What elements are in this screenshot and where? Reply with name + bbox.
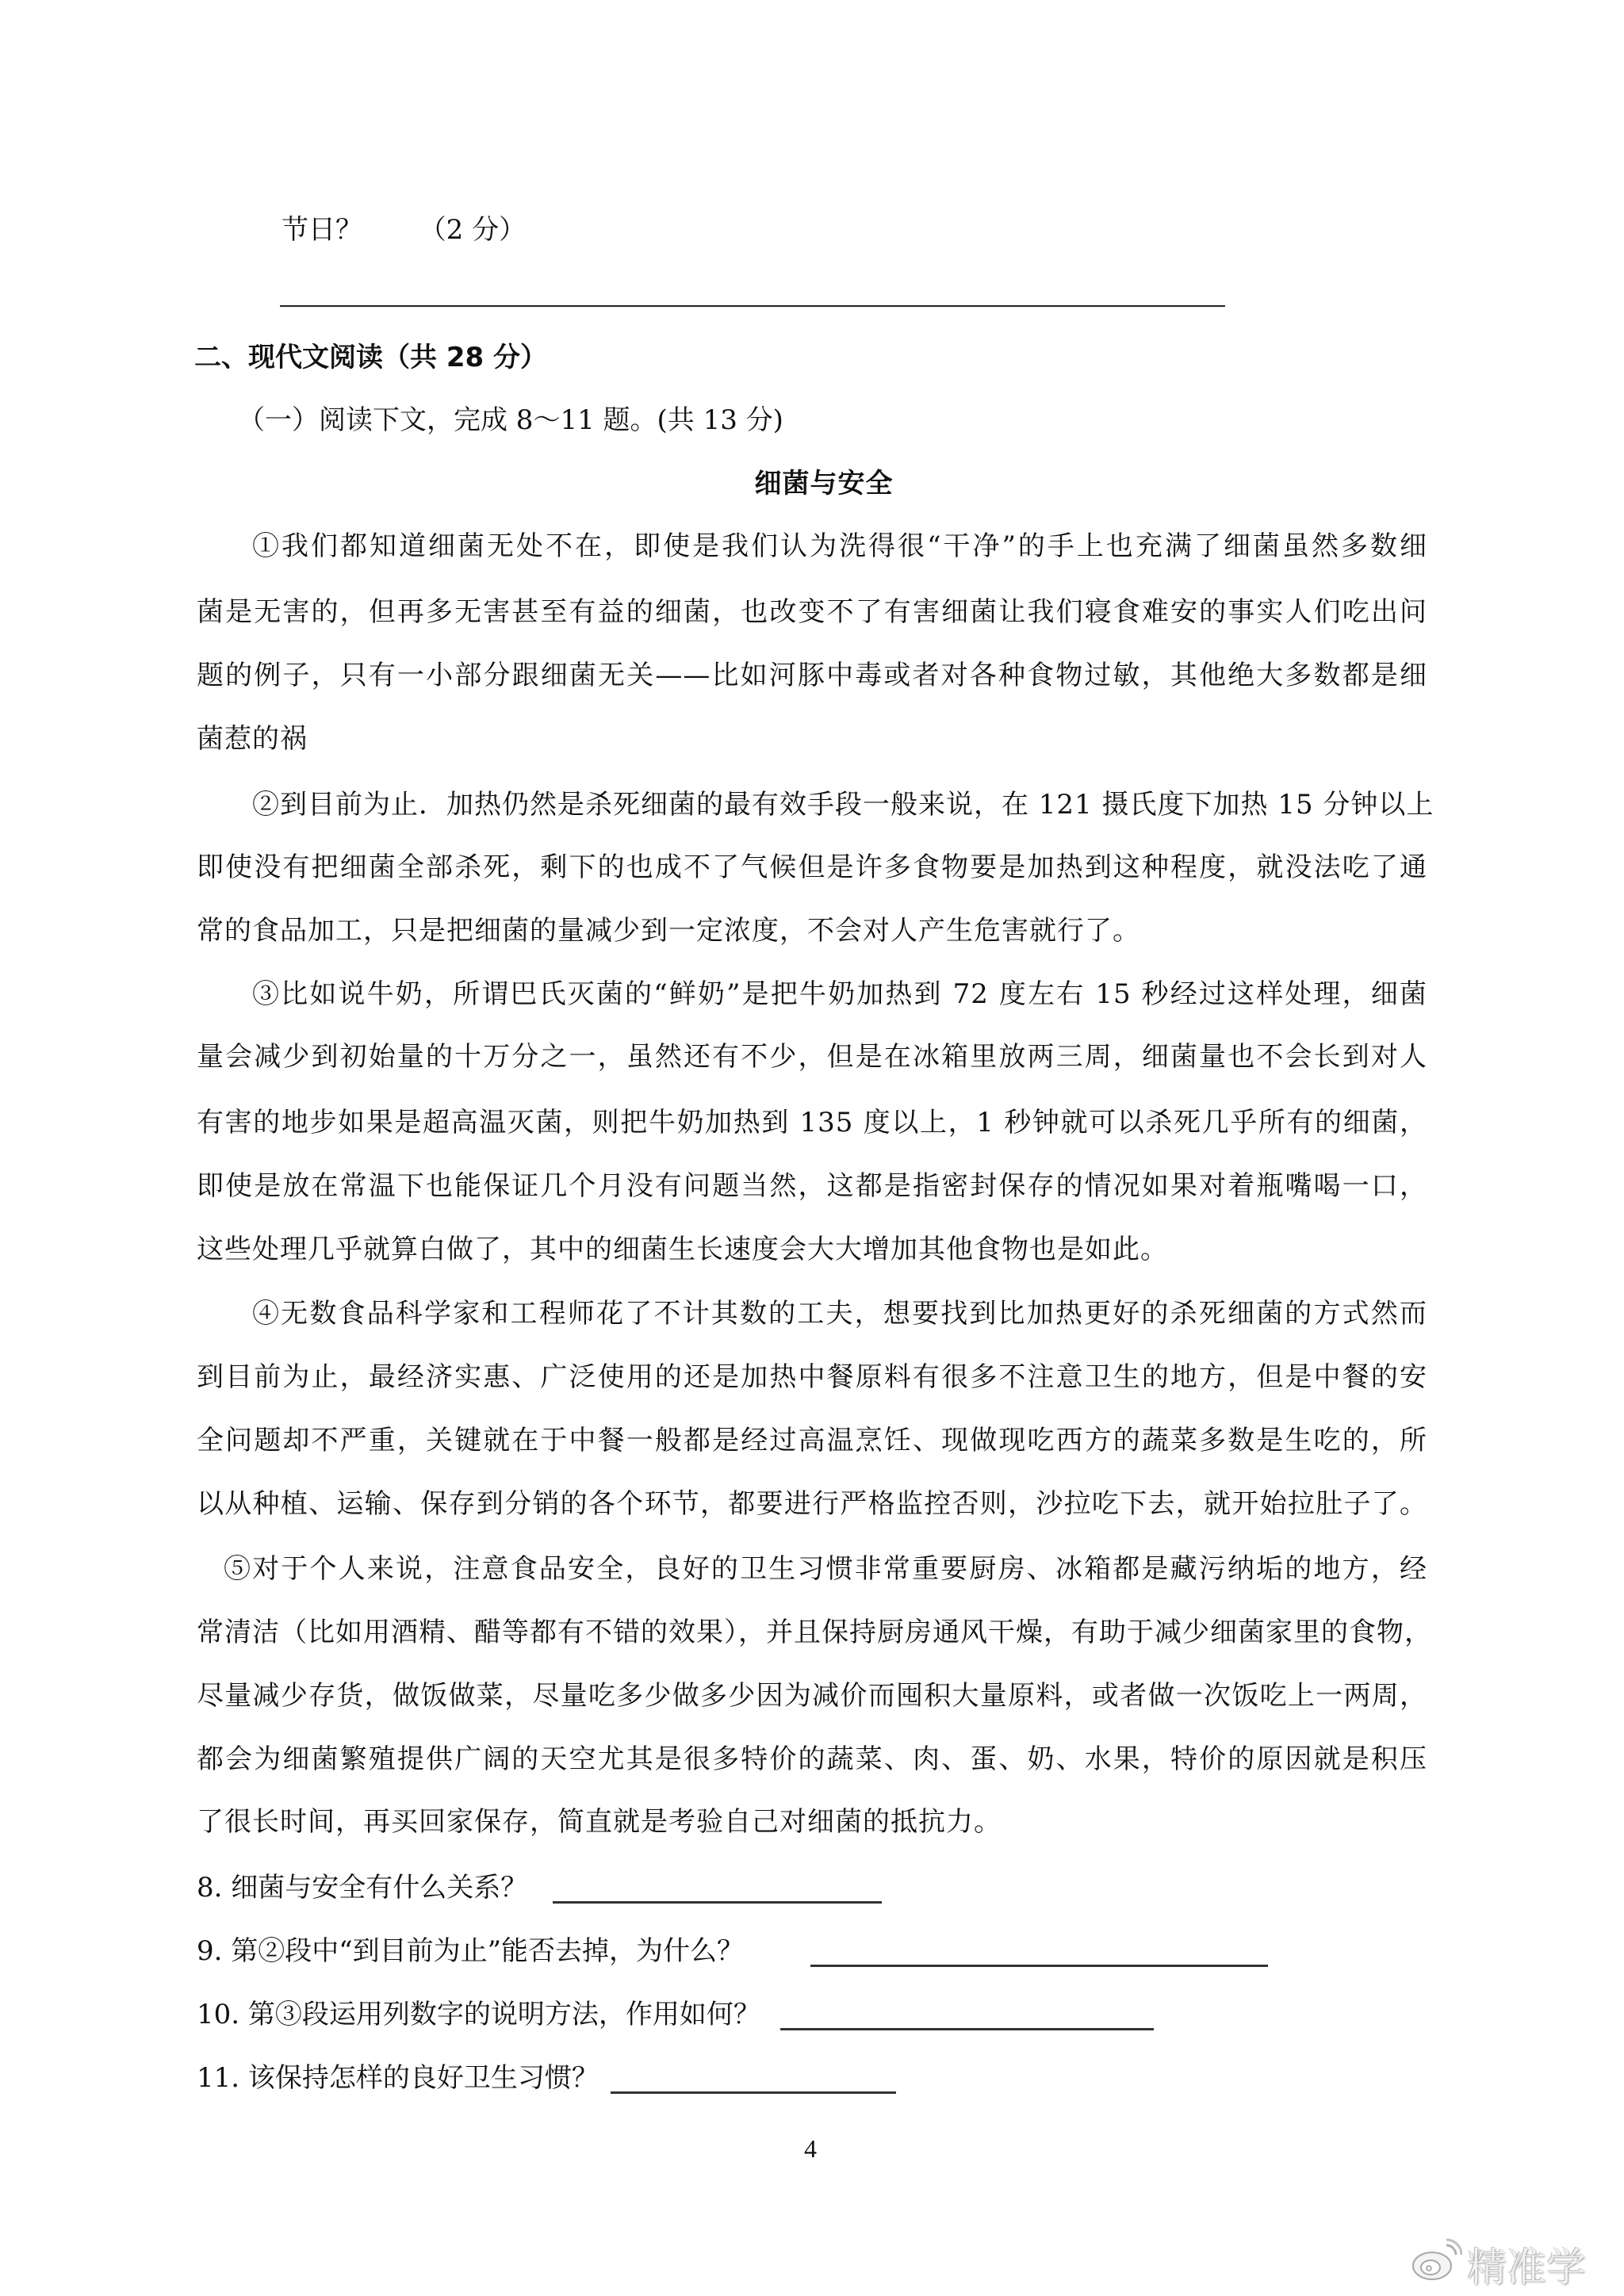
section-subheading: （一）阅读下文，完成 8～11 题。(共 13 分) <box>238 398 783 442</box>
section-heading: 二、现代文阅读（共 28 分） <box>194 335 547 380</box>
paragraph-3-line: 有害的地步如果是超高温灭菌，则把牛奶加热到 135 度以上，1 秒钟就可以杀死几… <box>197 1099 1427 1146</box>
question-8: 8. 细菌与安全有什么关系？ <box>197 1864 527 1911</box>
paragraph-1-line: 菌是无害的，但再多无害甚至有益的细菌，也改变不了有害细菌让我们寝食难安的事实人们… <box>197 588 1427 636</box>
paragraph-1-line: 菌惹的祸 <box>197 715 1427 763</box>
paragraph-5-line: 了很长时间，再买回家保存，简直就是考验自己对细菌的抵抗力。 <box>197 1798 1427 1846</box>
weibo-icon <box>1411 2237 1462 2291</box>
paragraph-4-line: 全问题却不严重，关键就在于中餐一般都是经过高温烹饪、现做现吃西方的蔬菜多数是生吃… <box>197 1417 1427 1464</box>
previous-question-score: （2 分） <box>419 214 526 246</box>
question-10: 10. 第③段运用列数字的说明方法，作用如何？ <box>197 1991 760 2038</box>
paragraph-5-line: 都会为细菌繁殖提供广阔的天空尤其是很多特价的蔬菜、肉、蛋、奶、水果，特价的原因就… <box>197 1735 1427 1783</box>
question-9: 9. 第②段中“到目前为止”能否去掉，为什么？ <box>197 1927 744 1975</box>
paragraph-4-line: 以从种植、运输、保存到分销的各个环节，都要进行严格监控否则，沙拉吃下去，就开始拉… <box>197 1480 1427 1528</box>
paragraph-2-line: 即使没有把细菌全部杀死，剩下的也成不了气候但是许多食物要是加热到这种程度，就没法… <box>197 844 1427 891</box>
answer-line-previous-question[interactable] <box>280 305 1225 307</box>
paragraph-3-line: 量会减少到初始量的十万分之一，虽然还有不少，但是在冰箱里放两三周，细菌量也不会长… <box>197 1033 1427 1081</box>
watermark: 精准学 <box>1411 2241 1586 2288</box>
paragraph-2-line: ②到目前为止．加热仍然是杀死细菌的最有效手段一般来说，在 121 摄氏度下加热 … <box>252 781 1427 828</box>
article-title: 细菌与安全 <box>0 461 1624 506</box>
previous-question-tail: 节日？ （2 分） <box>282 208 526 252</box>
paragraph-5-line: ⑤对于个人来说，注意食品安全，良好的卫生习惯非常重要厨房、冰箱都是藏污纳垢的地方… <box>224 1545 1427 1593</box>
paragraph-3-line: 即使是放在常温下也能保证几个月没有问题当然，这都是指密封保存的情况如果对着瓶嘴喝… <box>197 1162 1427 1210</box>
paragraph-5-line: 尽量减少存货，做饭做菜，尽量吃多少做多少因为减价而囤积大量原料，或者做一次饭吃上… <box>197 1672 1427 1720</box>
paragraph-3-line: 这些处理几乎就算白做了，其中的细菌生长速度会大大增加其他食物也是如此。 <box>197 1226 1427 1273</box>
question-9-answer-blank[interactable] <box>810 1965 1268 1967</box>
paragraph-1-line: ①我们都知道细菌无处不在，即使是我们认为洗得很“干净”的手上也充满了细菌虽然多数… <box>252 522 1427 570</box>
page-number: 4 <box>804 2133 817 2164</box>
paragraph-3-line: ③比如说牛奶，所谓巴氏灭菌的“鲜奶”是把牛奶加热到 72 度左右 15 秒经过这… <box>252 970 1427 1018</box>
previous-question-text: 节日？ <box>282 214 362 246</box>
paragraph-4-line: ④无数食品科学家和工程师花了不计其数的工夫，想要找到比加热更好的杀死细菌的方式然… <box>252 1290 1427 1337</box>
paragraph-2-line: 常的食品加工，只是把细菌的量减少到一定浓度，不会对人产生危害就行了。 <box>197 907 1427 955</box>
paragraph-4-line: 到目前为止，最经济实惠、广泛使用的还是加热中餐原料有很多不注意卫生的地方，但是中… <box>197 1353 1427 1401</box>
question-11-answer-blank[interactable] <box>611 2091 896 2094</box>
article-title-text: 细菌与安全 <box>755 461 894 506</box>
watermark-text: 精准学 <box>1467 2236 1586 2293</box>
paragraph-1-line: 题的例子，只有一小部分跟细菌无关——比如河豚中毒或者对各种食物过敏，其他绝大多数… <box>197 652 1427 699</box>
paragraph-5-line: 常清洁（比如用酒精、醋等都有不错的效果），并且保持厨房通风干燥，有助于减少细菌家… <box>197 1609 1427 1656</box>
question-10-answer-blank[interactable] <box>780 2028 1154 2030</box>
question-8-answer-blank[interactable] <box>553 1901 882 1904</box>
question-11: 11. 该保持怎样的良好卫生习惯？ <box>197 2054 599 2102</box>
